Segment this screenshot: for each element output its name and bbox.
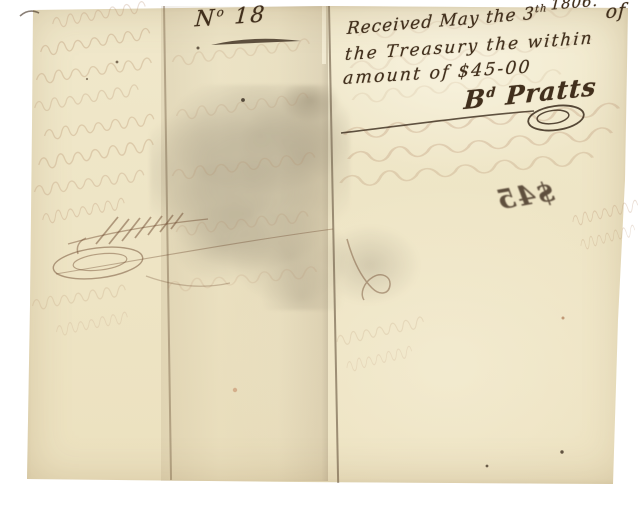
document-number-n: N — [194, 6, 217, 33]
document-number-value: 18 — [233, 2, 267, 29]
receipt-line-1-year: 1806. — [550, 0, 599, 14]
scanned-receipt: No 18 Received May the 3th1806.of the Tr… — [0, 0, 640, 509]
receipt-line-1-of: of — [605, 0, 627, 23]
document-number: No 18 — [194, 2, 267, 33]
signature-superscript: d — [486, 85, 497, 101]
receipt-line-1-ordinal: th — [535, 3, 548, 15]
document-number-ordinal: o — [216, 5, 226, 20]
signature-initial: B — [463, 83, 487, 115]
